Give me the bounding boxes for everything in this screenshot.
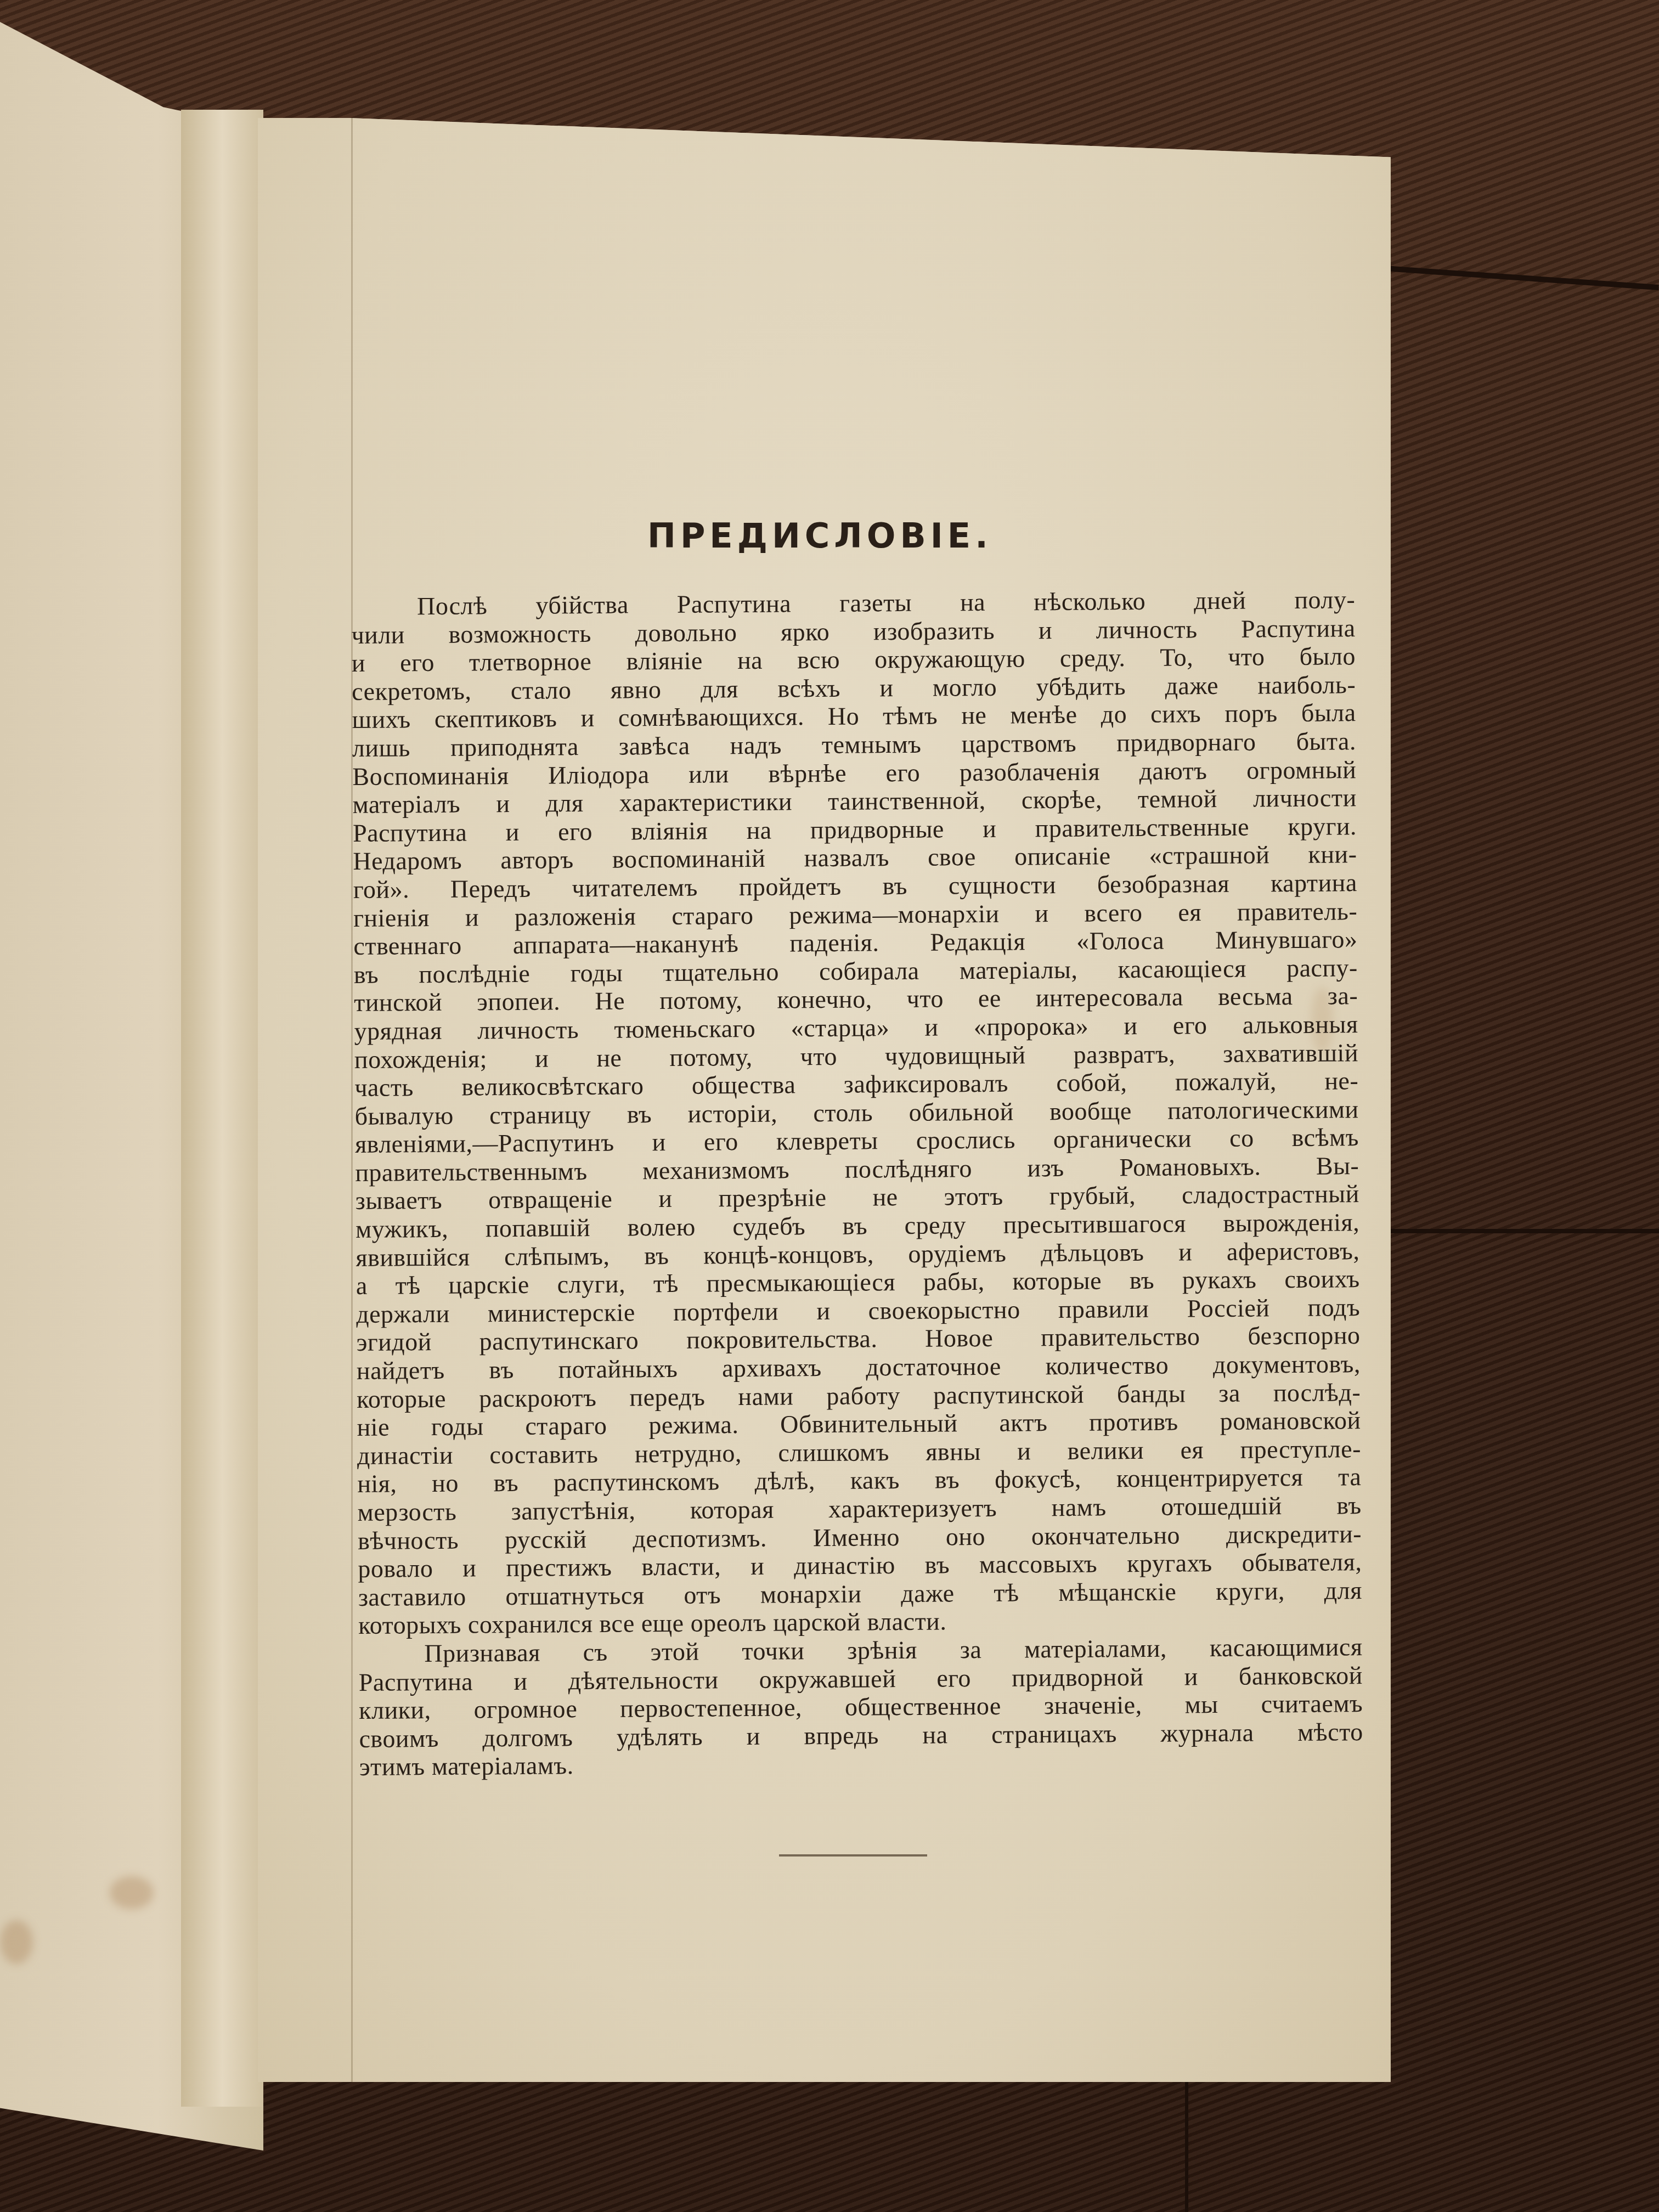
page-title: ПРЕДИСЛОВІЕ.: [647, 516, 992, 556]
wood-board-seam: [1361, 1229, 1659, 1233]
book-spine: [181, 110, 263, 2107]
end-ornament-rule: [779, 1854, 927, 1857]
paper-stain: [0, 1920, 33, 1964]
page-fold-line: [351, 118, 353, 2082]
body-text: Послѣ убійства Распутина газеты на нѣско…: [351, 585, 1363, 1781]
paper-stain: [110, 1876, 154, 1909]
wood-board-seam: [1185, 2079, 1188, 2212]
paragraph: Признавая съ этой точки зрѣнія за матері…: [358, 1633, 1363, 1781]
paragraph: Послѣ убійства Распутина газеты на нѣско…: [351, 585, 1362, 1640]
wood-board-seam: [1361, 264, 1658, 290]
